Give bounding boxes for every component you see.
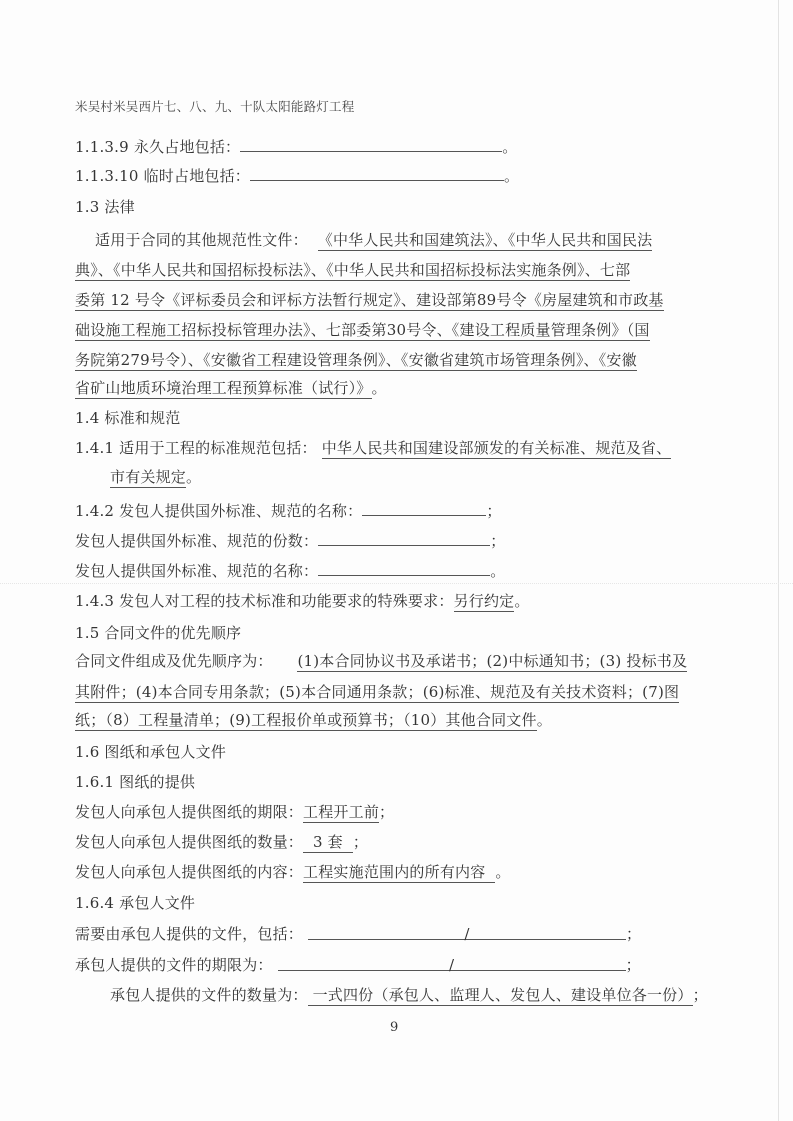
section-1-3-line-1: 典》、《中华人民共和国招标投标法》、《中华人民共和国招标投标法实施条例》、七部 [75,260,630,281]
section-1-3-line-5: 省矿山地质环境治理工程预算标准（试行）》。 [75,378,387,399]
scan-edge-line [778,0,779,1121]
foreign-standard-copies-field[interactable] [318,530,490,546]
section-1-5-line-2: 纸；（8）工程量清单；(9)工程报价单或预算书；（10）其他合同文件。 [75,710,552,731]
section-1-5-line-1: 其附件；(4)本合同专用条款；(5)本合同通用条款；(6)标准、规范及有关技术资… [75,682,679,703]
clause-1-6-4-title: 1.6.4 承包人文件 [75,893,195,913]
page-header: 米吴村米吴西片七、八、九、十队太阳能路灯工程 [75,97,354,117]
clause-1-1-3-10: 1.1.3.10 临时占地包括：。 [75,165,519,186]
document-page: 米吴村米吴西片七、八、九、十队太阳能路灯工程 1.1.3.9 永久占地包括：。 … [0,0,793,1121]
foreign-standard-name-2-field[interactable] [318,560,490,576]
clause-1-4-3: 1.4.3 发包人对工程的技术标准和功能要求的特殊要求：另行约定。 [75,591,530,612]
drawings-period-value: 工程开工前 [303,803,379,823]
temporary-land-field[interactable] [250,165,504,181]
page-number: 9 [390,1020,398,1035]
drawings-period: 发包人向承包人提供图纸的期限：工程开工前； [75,802,394,823]
foreign-standard-name-field[interactable] [362,500,486,516]
clause-1-6-1-title: 1.6.1 图纸的提供 [75,772,195,792]
drawings-content-value: 工程实施范围内的所有内容 [303,863,495,883]
section-1-3-line-0: 适用于合同的其他规范性文件： 《中华人民共和国建筑法》、《中华人民共和国民法 [95,230,652,251]
section-1-3-line-4: 务院第279号令）、《安徽省工程建设管理条例》、《安徽省建筑市场管理条例》、《安… [75,350,637,371]
section-1-3-title: 1.3 法律 [75,197,135,217]
contractor-docs-field[interactable]: / [308,924,626,940]
priority-order-field: (1)本合同协议书及承诺书；(2)中标通知书；(3) 投标书及 [297,652,687,672]
clause-1-4-1-cont: 市有关规定。 [110,467,201,488]
section-1-6-title: 1.6 图纸和承包人文件 [75,742,226,762]
contractor-docs-count: 承包人提供的文件的数量为： 一式四份（承包人、监理人、发包人、建设单位各一份）； [110,985,708,1006]
clause-1-4-1: 1.4.1 适用于工程的标准规范包括： 中华人民共和国建设部颁发的有关标准、规范… [75,438,671,459]
contractor-docs: 需要由承包人提供的文件，包括： /； [75,924,641,944]
permanent-land-field[interactable] [240,136,502,152]
foreign-standard-name-2: 发包人提供国外标准、规范的名称：。 [75,560,505,581]
contractor-docs-count-value: 一式四份（承包人、监理人、发包人、建设单位各一份） [308,986,693,1006]
section-1-5-title: 1.5 合同文件的优先顺序 [75,623,241,643]
contractor-docs-deadline: 承包人提供的文件的期限为： /； [75,955,641,975]
section-1-3-line-2: 委第 12 号令《评标委员会和评标方法暂行规定》、建设部第89号令《房屋建筑和市… [75,290,664,311]
section-1-5-line-0: 合同文件组成及优先顺序为： (1)本合同协议书及承诺书；(2)中标通知书；(3)… [75,651,687,672]
standards-field: 中华人民共和国建设部颁发的有关标准、规范及省、 [322,439,672,459]
contractor-docs-deadline-field[interactable]: / [278,955,626,971]
section-1-4-title: 1.4 标准和规范 [75,408,180,428]
section-1-3-line-3: 础设施工程施工招标投标管理办法》、七部委第30号令、《建设工程质量管理条例》（国 [75,320,650,341]
special-requirements-value: 另行约定 [454,592,515,612]
drawings-content: 发包人向承包人提供图纸的内容：工程实施范围内的所有内容 。 [75,862,511,883]
drawings-quantity-value: 3 套 [303,833,353,853]
drawings-quantity: 发包人向承包人提供图纸的数量： 3 套 ； [75,832,368,853]
foreign-standard-copies: 发包人提供国外标准、规范的份数：； [75,530,505,551]
clause-1-4-2: 1.4.2 发包人提供国外标准、规范的名称：； [75,500,502,521]
laws-field: 《中华人民共和国建筑法》、《中华人民共和国民法 [318,231,653,251]
scan-fold-line [0,583,793,584]
clause-1-1-3-9: 1.1.3.9 永久占地包括：。 [75,136,517,157]
